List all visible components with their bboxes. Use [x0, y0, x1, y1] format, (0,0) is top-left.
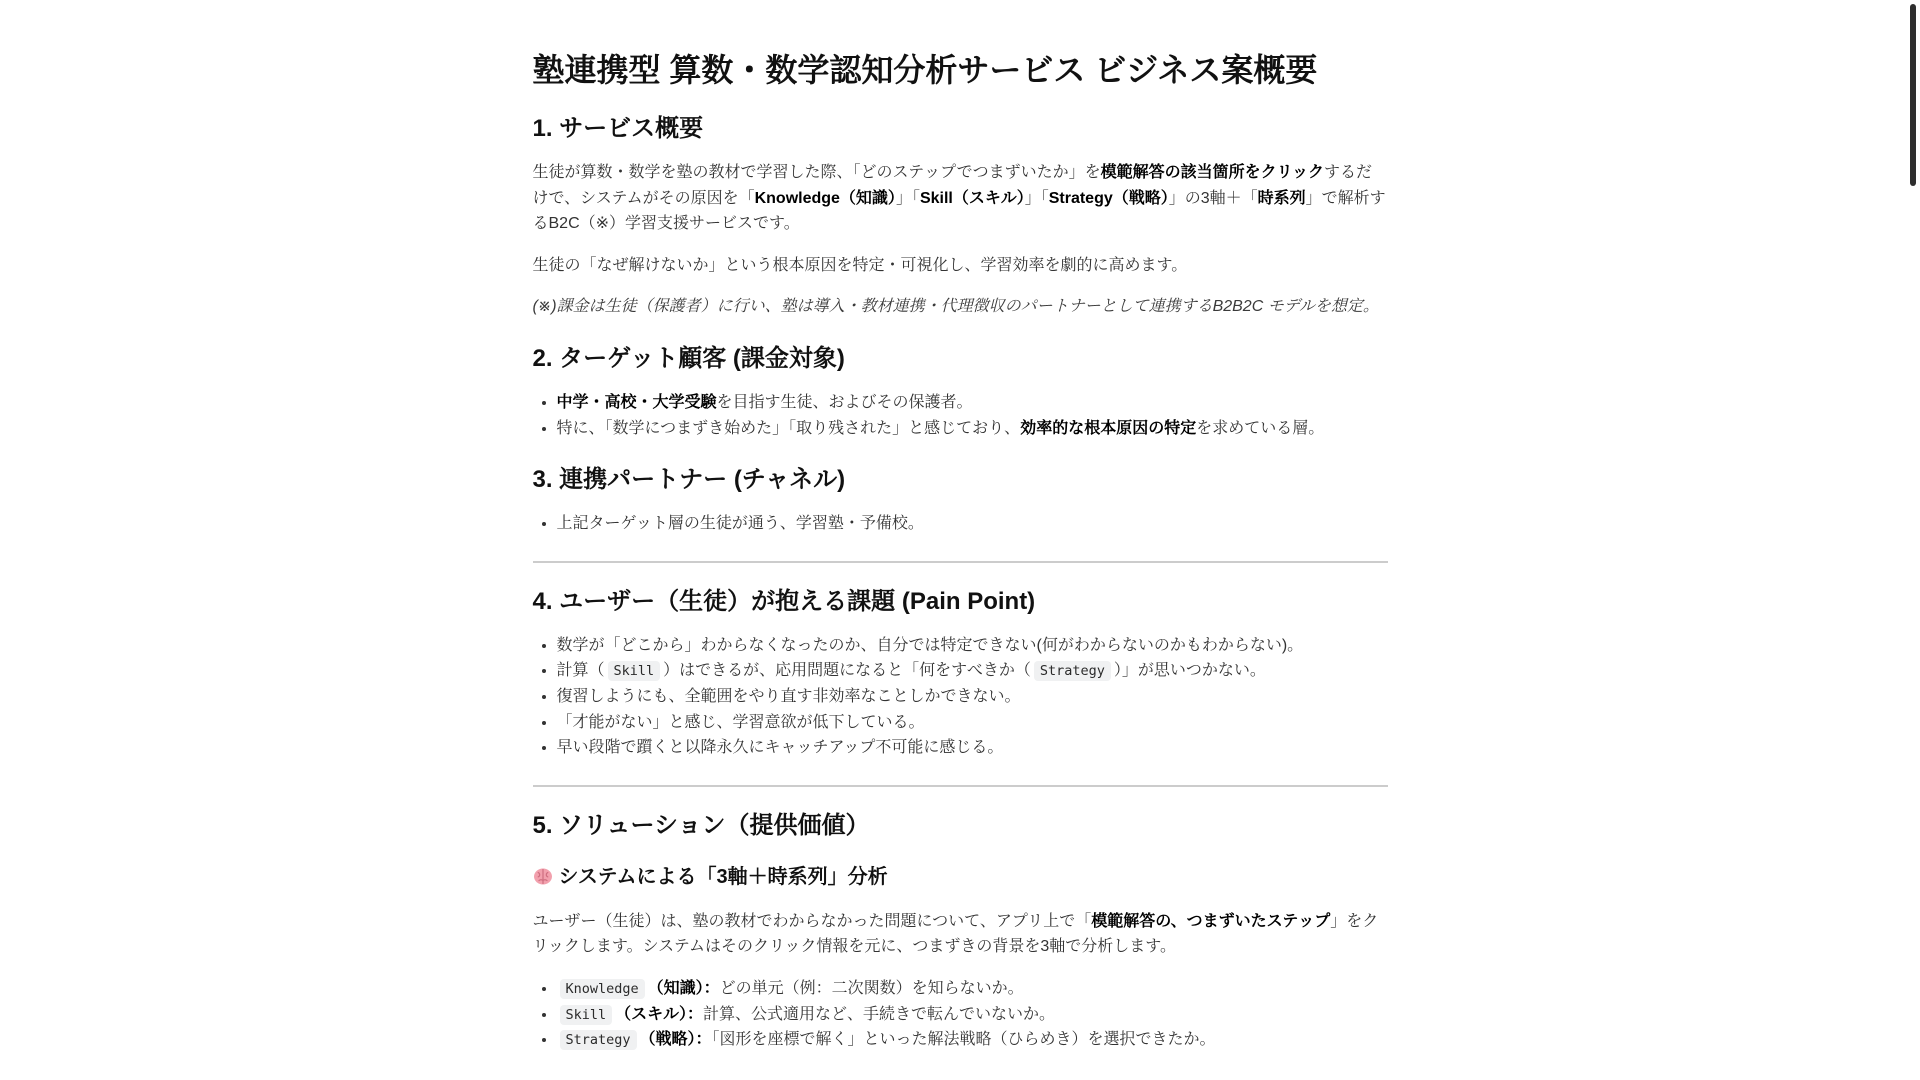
- list-item: 復習しようにも、全範囲をやり直す非効率なことしかできない。: [557, 684, 1388, 710]
- list-item: 上記ターゲット層の生徒が通う、学習塾・予備校。: [557, 511, 1388, 537]
- bold-run: 時系列: [1258, 190, 1306, 207]
- bold-run: 中学・高校・大学受験: [557, 394, 717, 411]
- list-item: 特に、「数学につまずき始めた」「取り残された」と感じており、効率的な根本原因の特…: [557, 416, 1388, 442]
- inline-code: Skill: [560, 1005, 613, 1025]
- section-2-heading: 2. ターゲット顧客 (課金対象): [533, 344, 1388, 374]
- scrollbar-thumb[interactable]: [1910, 4, 1916, 186]
- page-title: 塾連携型 算数・数学認知分析サービス ビジネス案概要: [533, 50, 1388, 90]
- section-service-overview: 1. サービス概要 生徒が算数・数学を塾の教材で学習した際、「どのステップでつま…: [533, 114, 1388, 320]
- section-3-heading: 3. 連携パートナー (チャネル): [533, 465, 1388, 495]
- analysis-axis-list: Knowledge（知識）：どの単元（例：二次関数）を知らないか。 Skill（…: [533, 976, 1388, 1053]
- bold-run: （知識）：: [648, 980, 720, 997]
- text-run: を求めている層。: [1196, 420, 1324, 437]
- text-run: 「図形を座標で解く」といった解法戦略（ひらめき）を選択できたか。: [712, 1031, 1216, 1048]
- list-item: 数学が「どこから」わからなくなったのか、自分では特定できない(何がわからないのか…: [557, 633, 1388, 659]
- text-run: 計算（: [557, 662, 605, 679]
- bold-run: （戦略）：: [640, 1031, 712, 1048]
- bold-run: 模範解答の、つまずいたステップ: [1091, 913, 1330, 930]
- text-run: 特に、「数学につまずき始めた」「取り残された」と感じており、: [557, 420, 1021, 437]
- bold-run: Strategy（戦略）: [1049, 190, 1169, 207]
- section-target-customers: 2. ターゲット顧客 (課金対象) 中学・高校・大学受験を目指す生徒、およびその…: [533, 344, 1388, 441]
- service-description-paragraph: 生徒が算数・数学を塾の教材で学習した際、「どのステップでつまずいたか」を模範解答…: [533, 160, 1388, 237]
- section-pain-points: 4. ユーザー（生徒）が抱える課題 (Pain Point) 数学が「どこから」…: [533, 587, 1388, 761]
- section-partners: 3. 連携パートナー (チャネル) 上記ターゲット層の生徒が通う、学習塾・予備校…: [533, 465, 1388, 537]
- text-run: 」「: [896, 190, 920, 207]
- solution-paragraph: ユーザー（生徒）は、塾の教材でわからなかった問題について、アプリ上で「模範解答の…: [533, 909, 1388, 960]
- bold-run: （スキル）：: [615, 1006, 703, 1023]
- inline-code: Strategy: [1034, 661, 1111, 681]
- bold-run: 模範解答の該当箇所をクリック: [1101, 164, 1324, 181]
- inline-code: Skill: [608, 661, 661, 681]
- inline-code: Strategy: [560, 1030, 637, 1050]
- horizontal-rule: [533, 785, 1388, 787]
- solution-subheading: システムによる「3軸＋時系列」分析: [533, 865, 1388, 893]
- brain-emoji-icon: [533, 867, 553, 893]
- list-item: 中学・高校・大学受験を目指す生徒、およびその保護者。: [557, 390, 1388, 416]
- section-5-heading: 5. ソリューション（提供価値）: [533, 811, 1388, 841]
- text-run: 計算、公式適用など、手続きで転んでいないか。: [703, 1006, 1055, 1023]
- text-run: ユーザー（生徒）は、塾の教材でわからなかった問題について、アプリ上で「: [533, 913, 1092, 930]
- footnote-paragraph: (※)課金は生徒（保護者）に行い、塾は導入・教材連携・代理徴収のパートナーとして…: [533, 294, 1388, 320]
- text-run: 生徒が算数・数学を塾の教材で学習した際、「どのステップでつまずいたか」を: [533, 164, 1101, 181]
- list-item: 「才能がない」と感じ、学習意欲が低下している。: [557, 710, 1388, 736]
- text-run: ）はできるが、応用問題になると「何をすべきか（: [663, 662, 1031, 679]
- subheading-text: システムによる「3軸＋時系列」分析: [559, 866, 888, 888]
- inline-code: Knowledge: [560, 979, 645, 999]
- text-run: 」「: [1025, 190, 1049, 207]
- benefit-paragraph: 生徒の「なぜ解けないか」という根本原因を特定・可視化し、学習効率を劇的に高めます…: [533, 253, 1388, 279]
- list-item: 早い段階で躓くと以降永久にキャッチアップ不可能に感じる。: [557, 735, 1388, 761]
- text-run: 」の3軸＋「: [1169, 190, 1258, 207]
- bold-run: Knowledge（知識）: [755, 190, 896, 207]
- bold-run: 効率的な根本原因の特定: [1020, 420, 1196, 437]
- horizontal-rule: [533, 561, 1388, 563]
- markdown-document: 塾連携型 算数・数学認知分析サービス ビジネス案概要 1. サービス概要 生徒が…: [533, 0, 1388, 1053]
- italic-note: (※)課金は生徒（保護者）に行い、塾は導入・教材連携・代理徴収のパートナーとして…: [533, 298, 1379, 315]
- partner-list: 上記ターゲット層の生徒が通う、学習塾・予備校。: [533, 511, 1388, 537]
- target-customer-list: 中学・高校・大学受験を目指す生徒、およびその保護者。 特に、「数学につまずき始め…: [533, 390, 1388, 441]
- section-solution: 5. ソリューション（提供価値） システムによる「3軸＋時系列」分析 ユーザー（…: [533, 811, 1388, 1053]
- pain-point-list: 数学が「どこから」わからなくなったのか、自分では特定できない(何がわからないのか…: [533, 633, 1388, 761]
- list-item: Skill（スキル）：計算、公式適用など、手続きで転んでいないか。: [557, 1002, 1388, 1028]
- text-run: どの単元（例：二次関数）を知らないか。: [720, 980, 1024, 997]
- text-run: を目指す生徒、およびその保護者。: [717, 394, 973, 411]
- section-1-heading: 1. サービス概要: [533, 114, 1388, 144]
- list-item: Strategy（戦略）：「図形を座標で解く」といった解法戦略（ひらめき）を選択…: [557, 1027, 1388, 1053]
- list-item: Knowledge（知識）：どの単元（例：二次関数）を知らないか。: [557, 976, 1388, 1002]
- text-run: ）」が思いつかない。: [1114, 662, 1266, 679]
- section-4-heading: 4. ユーザー（生徒）が抱える課題 (Pain Point): [533, 587, 1388, 617]
- bold-run: Skill（スキル）: [920, 190, 1025, 207]
- list-item: 計算（Skill）はできるが、応用問題になると「何をすべきか（Strategy）…: [557, 658, 1388, 684]
